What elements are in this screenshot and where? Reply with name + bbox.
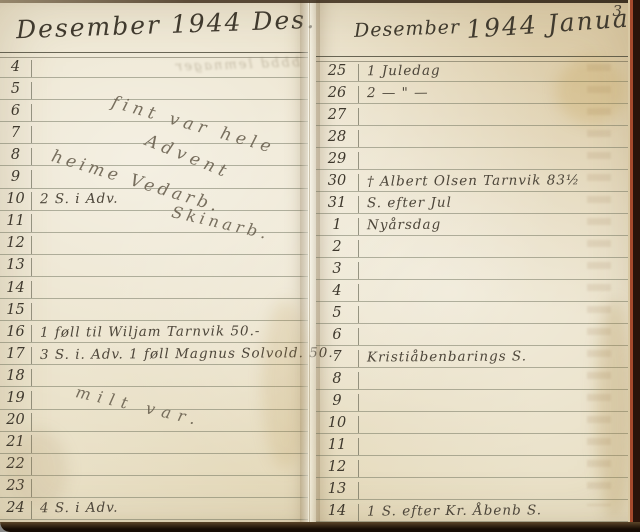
row-entry: 1 føll til Wiljam Tarnvik 50.- bbox=[32, 325, 261, 343]
row-entry bbox=[359, 254, 367, 257]
row-entry: 1 Juledag bbox=[359, 64, 441, 81]
left-diary-page: Desember 1944 Des. 456789102 S. i Adv.11… bbox=[0, 0, 308, 522]
row-date: 11 bbox=[316, 438, 359, 456]
row-entry bbox=[32, 383, 40, 386]
row-date: 20 bbox=[0, 413, 32, 431]
row-date: 12 bbox=[0, 236, 32, 254]
row-date: 14 bbox=[316, 504, 359, 522]
diary-row: 18 bbox=[0, 365, 308, 387]
diary-row: 14 bbox=[0, 277, 308, 299]
row-date: 17 bbox=[0, 347, 32, 365]
row-date: 16 bbox=[0, 325, 32, 343]
diary-row: 23 bbox=[0, 476, 308, 498]
row-date: 31 bbox=[316, 196, 359, 214]
diary-row: 161 føll til Wiljam Tarnvik 50.- bbox=[0, 321, 308, 343]
left-page-title: Desember 1944 Des. bbox=[16, 5, 317, 44]
diary-row: 31S. efter Jul bbox=[316, 192, 628, 214]
row-date: 30 bbox=[316, 174, 359, 192]
row-entry: 2 S. i Adv. bbox=[32, 193, 119, 210]
row-date: 6 bbox=[0, 104, 32, 122]
right-page-rows: 251 Juledag262 — " —27282930† Albert Ols… bbox=[316, 60, 628, 522]
diary-row: 29 bbox=[316, 148, 628, 170]
row-entry bbox=[32, 96, 40, 99]
row-date: 19 bbox=[0, 391, 32, 409]
row-entry bbox=[32, 405, 40, 408]
row-entry bbox=[359, 408, 367, 411]
row-entry bbox=[32, 185, 40, 188]
diary-row: 6 bbox=[316, 324, 628, 346]
book-cover-edge bbox=[628, 0, 640, 532]
row-date: 27 bbox=[316, 108, 359, 126]
row-date: 9 bbox=[316, 394, 359, 412]
diary-row: 2 bbox=[316, 236, 628, 258]
diary-row: 3 bbox=[316, 258, 628, 280]
left-page-header: Desember 1944 Des. bbox=[0, 0, 308, 53]
row-date: 2 bbox=[316, 240, 359, 258]
diary-row: 251 Juledag bbox=[316, 60, 628, 82]
diary-row: 5 bbox=[0, 78, 308, 100]
row-date: 8 bbox=[0, 148, 32, 166]
row-entry bbox=[359, 386, 367, 389]
row-entry bbox=[32, 428, 40, 431]
diary-row: 262 — " — bbox=[316, 82, 628, 104]
page-number: 3 bbox=[612, 2, 622, 20]
row-date: 4 bbox=[316, 284, 359, 302]
diary-row: 244 S. i Adv. bbox=[0, 498, 308, 520]
row-date: 28 bbox=[316, 130, 359, 148]
row-entry: 3 S. i. Adv. 1 føll Magnus Solvold. 50.- bbox=[32, 347, 339, 366]
row-entry bbox=[359, 320, 367, 323]
diary-row: 4 bbox=[316, 280, 628, 302]
row-date: 5 bbox=[316, 306, 359, 324]
scan-edge-bottom bbox=[0, 522, 640, 532]
row-entry: Nyårsdag bbox=[359, 218, 441, 235]
row-date: 8 bbox=[316, 372, 359, 390]
row-date: 7 bbox=[0, 126, 32, 144]
row-entry bbox=[359, 452, 367, 455]
diary-row: 5 bbox=[316, 302, 628, 324]
row-entry bbox=[32, 251, 40, 254]
diary-row: 173 S. i. Adv. 1 føll Magnus Solvold. 50… bbox=[0, 343, 308, 365]
diary-row: 141 S. efter Kr. Åbenb S. bbox=[316, 500, 628, 522]
row-date: 26 bbox=[316, 86, 359, 104]
row-entry bbox=[32, 162, 40, 165]
row-date: 18 bbox=[0, 369, 32, 387]
row-entry: 2 — " — bbox=[359, 86, 429, 103]
row-entry bbox=[359, 122, 367, 125]
row-entry bbox=[359, 496, 367, 499]
row-date: 7 bbox=[316, 350, 359, 368]
row-entry: 4 S. i Adv. bbox=[32, 502, 119, 519]
row-date: 4 bbox=[0, 60, 32, 78]
diary-row: 13 bbox=[0, 255, 308, 277]
diary-row: 10 bbox=[316, 412, 628, 434]
row-entry bbox=[359, 474, 367, 477]
diary-row: 22 bbox=[0, 454, 308, 476]
diary-row: 13 bbox=[316, 478, 628, 500]
row-date: 12 bbox=[316, 460, 359, 478]
right-diary-page: Desember 1944 Januar 1945 251 Juledag262… bbox=[316, 0, 628, 522]
right-page-title-month: Desember bbox=[354, 16, 461, 42]
row-entry bbox=[32, 450, 40, 453]
row-date: 11 bbox=[0, 214, 32, 232]
scan-edge-top bbox=[0, 0, 640, 3]
row-entry bbox=[32, 229, 40, 232]
diary-scan: Desember 1944 Des. 456789102 S. i Adv.11… bbox=[0, 0, 640, 532]
row-date: 13 bbox=[316, 482, 359, 500]
row-date: 22 bbox=[0, 457, 32, 475]
row-entry bbox=[32, 295, 40, 298]
left-page-rows: 456789102 S. i Adv.1112131415161 føll ti… bbox=[0, 56, 308, 520]
row-entry bbox=[32, 494, 40, 497]
row-date: 6 bbox=[316, 328, 359, 346]
row-date: 10 bbox=[0, 192, 32, 210]
row-entry: Kristiåbenbarings S. bbox=[359, 350, 527, 368]
diary-row: 9 bbox=[316, 390, 628, 412]
row-date: 24 bbox=[0, 501, 32, 519]
diary-row: 12 bbox=[316, 456, 628, 478]
row-entry: S. efter Jul bbox=[359, 196, 452, 213]
row-entry bbox=[32, 118, 40, 121]
diary-row: 1Nyårsdag bbox=[316, 214, 628, 236]
row-date: 15 bbox=[0, 303, 32, 321]
row-entry bbox=[359, 430, 367, 433]
right-page-header: Desember 1944 Januar 1945 bbox=[316, 0, 628, 53]
row-entry: † Albert Olsen Tarnvik 83½ bbox=[359, 174, 580, 192]
row-entry: 1 S. efter Kr. Åbenb S. bbox=[359, 504, 542, 522]
row-date: 21 bbox=[0, 435, 32, 453]
row-date: 10 bbox=[316, 416, 359, 434]
row-entry bbox=[359, 342, 367, 345]
row-entry bbox=[32, 317, 40, 320]
diary-row: 27 bbox=[316, 104, 628, 126]
diary-row: 30† Albert Olsen Tarnvik 83½ bbox=[316, 170, 628, 192]
diary-row: 21 bbox=[0, 432, 308, 454]
row-entry bbox=[32, 74, 40, 77]
diary-row: 8 bbox=[316, 368, 628, 390]
row-date: 25 bbox=[316, 64, 359, 82]
diary-row: 15 bbox=[0, 299, 308, 321]
row-date: 1 bbox=[316, 218, 359, 236]
row-date: 3 bbox=[316, 262, 359, 280]
row-entry bbox=[32, 273, 40, 276]
row-date: 23 bbox=[0, 479, 32, 497]
row-date: 5 bbox=[0, 82, 32, 100]
row-entry bbox=[32, 472, 40, 475]
row-entry bbox=[32, 140, 40, 143]
diary-row: 28 bbox=[316, 126, 628, 148]
row-entry bbox=[359, 144, 367, 147]
row-date: 13 bbox=[0, 258, 32, 276]
row-date: 9 bbox=[0, 170, 32, 188]
diary-row: 7Kristiåbenbarings S. bbox=[316, 346, 628, 368]
ink-bleedthrough-column bbox=[587, 64, 611, 506]
row-entry bbox=[359, 276, 367, 279]
row-entry bbox=[359, 298, 367, 301]
diary-row: 11 bbox=[316, 434, 628, 456]
row-date: 14 bbox=[0, 281, 32, 299]
row-entry bbox=[359, 166, 367, 169]
row-date: 29 bbox=[316, 152, 359, 170]
